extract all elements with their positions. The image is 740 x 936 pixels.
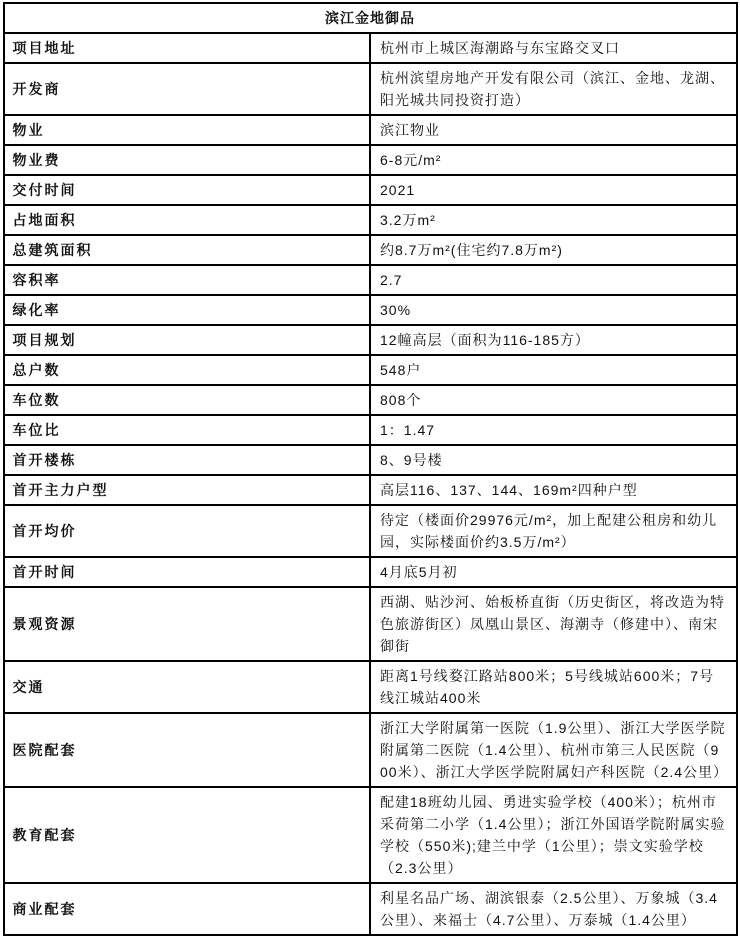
row-label: 物业: [4, 115, 371, 145]
table-row: 商业配套 利星名品广场、湖滨银泰（2.5公里）、万象城（3.4公里）、来福士（4…: [4, 883, 737, 935]
row-label: 总建筑面积: [4, 235, 371, 265]
row-value: 12幢高层（面积为116-185方）: [370, 325, 737, 355]
row-label: 总户数: [4, 355, 371, 385]
row-label: 车位数: [4, 385, 371, 415]
row-value: 杭州滨望房地产开发有限公司（滨江、金地、龙湖、阳光城共同投资打造）: [370, 63, 737, 115]
row-value: 西湖、贴沙河、始板桥直街（历史街区，将改造为特色旅游街区）凤凰山景区、海潮寺（修…: [370, 587, 737, 661]
row-label: 占地面积: [4, 205, 371, 235]
row-label: 首开主力户型: [4, 475, 371, 505]
table-row: 教育配套 配建18班幼儿园、勇进实验学校（400米）；杭州市采荷第二小学（1.4…: [4, 787, 737, 883]
row-label: 商业配套: [4, 883, 371, 935]
table-row: 首开均价 待定（楼面价29976元/m²，加上配建公租房和幼儿园，实际楼面价约3…: [4, 505, 737, 557]
row-label: 容积率: [4, 265, 371, 295]
table-row: 首开时间 4月底5月初: [4, 557, 737, 587]
table-body: 项目地址 杭州市上城区海潮路与东宝路交叉口 开发商 杭州滨望房地产开发有限公司（…: [4, 33, 737, 935]
row-label: 物业费: [4, 145, 371, 175]
row-label: 项目地址: [4, 33, 371, 63]
table-row: 车位数 808个: [4, 385, 737, 415]
row-value: 杭州市上城区海潮路与东宝路交叉口: [370, 33, 737, 63]
row-value: 548户: [370, 355, 737, 385]
row-label: 教育配套: [4, 787, 371, 883]
row-value: 距离1号线婺江路站800米；5号线城站600米；7号线江城站400米: [370, 661, 737, 713]
row-value: 1：1.47: [370, 415, 737, 445]
table-row: 绿化率 30%: [4, 295, 737, 325]
row-value: 2021: [370, 175, 737, 205]
table-row: 车位比 1：1.47: [4, 415, 737, 445]
row-value: 808个: [370, 385, 737, 415]
row-value: 配建18班幼儿园、勇进实验学校（400米）；杭州市采荷第二小学（1.4公里）；浙…: [370, 787, 737, 883]
row-label: 车位比: [4, 415, 371, 445]
table-row: 医院配套 浙江大学附属第一医院（1.9公里）、浙江大学医学院附属第二医院（1.4…: [4, 713, 737, 787]
table-row: 占地面积 3.2万m²: [4, 205, 737, 235]
row-value: 高层116、137、144、169m²四种户型: [370, 475, 737, 505]
row-label: 绿化率: [4, 295, 371, 325]
project-info-table: 滨江金地御品 项目地址 杭州市上城区海潮路与东宝路交叉口 开发商 杭州滨望房地产…: [3, 2, 738, 936]
table-row: 景观资源 西湖、贴沙河、始板桥直街（历史街区，将改造为特色旅游街区）凤凰山景区、…: [4, 587, 737, 661]
row-value: 浙江大学附属第一医院（1.9公里）、浙江大学医学院附属第二医院（1.4公里）、杭…: [370, 713, 737, 787]
row-value: 利星名品广场、湖滨银泰（2.5公里）、万象城（3.4公里）、来福士（4.7公里）…: [370, 883, 737, 935]
table-row: 首开楼栋 8、9号楼: [4, 445, 737, 475]
row-label: 首开均价: [4, 505, 371, 557]
row-label: 交通: [4, 661, 371, 713]
table-row: 项目地址 杭州市上城区海潮路与东宝路交叉口: [4, 33, 737, 63]
row-label: 交付时间: [4, 175, 371, 205]
page-title: 滨江金地御品: [4, 3, 737, 33]
table-row: 交通 距离1号线婺江路站800米；5号线城站600米；7号线江城站400米: [4, 661, 737, 713]
row-value: 8、9号楼: [370, 445, 737, 475]
table-row: 物业费 6-8元/m²: [4, 145, 737, 175]
row-value: 30%: [370, 295, 737, 325]
row-label: 首开时间: [4, 557, 371, 587]
table-row: 开发商 杭州滨望房地产开发有限公司（滨江、金地、龙湖、阳光城共同投资打造）: [4, 63, 737, 115]
row-value: 约8.7万m²(住宅约7.8万m²): [370, 235, 737, 265]
table-title-row: 滨江金地御品: [4, 3, 737, 33]
row-label: 医院配套: [4, 713, 371, 787]
row-value: 滨江物业: [370, 115, 737, 145]
row-value: 6-8元/m²: [370, 145, 737, 175]
row-label: 景观资源: [4, 587, 371, 661]
row-label: 项目规划: [4, 325, 371, 355]
table-row: 首开主力户型 高层116、137、144、169m²四种户型: [4, 475, 737, 505]
table-row: 总户数 548户: [4, 355, 737, 385]
row-value: 2.7: [370, 265, 737, 295]
table-row: 物业 滨江物业: [4, 115, 737, 145]
row-value: 4月底5月初: [370, 557, 737, 587]
row-value: 待定（楼面价29976元/m²，加上配建公租房和幼儿园，实际楼面价约3.5万/m…: [370, 505, 737, 557]
table-row: 交付时间 2021: [4, 175, 737, 205]
row-value: 3.2万m²: [370, 205, 737, 235]
row-label: 首开楼栋: [4, 445, 371, 475]
row-label: 开发商: [4, 63, 371, 115]
table-row: 容积率 2.7: [4, 265, 737, 295]
table-row: 项目规划 12幢高层（面积为116-185方）: [4, 325, 737, 355]
table-row: 总建筑面积 约8.7万m²(住宅约7.8万m²): [4, 235, 737, 265]
